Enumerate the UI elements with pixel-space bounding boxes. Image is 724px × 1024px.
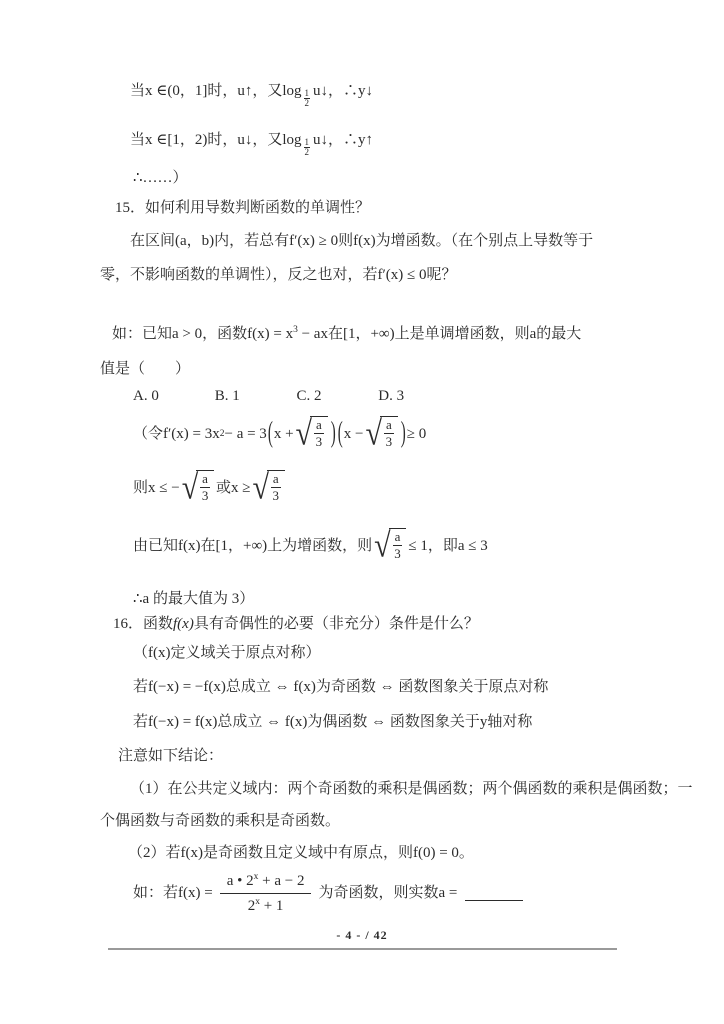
- document-page: 当x ∈(0，1]时，u↑，又log12u↓，∴y↓ 当x ∈[1，2)时，u↓…: [0, 0, 724, 1024]
- radical-icon: √: [374, 529, 390, 564]
- footer-divider: [108, 948, 617, 950]
- q16-conclusion-1a: （1）在公共定义域内：两个奇函数的乘积是偶函数；两个偶函数的乘积是偶函数；一: [130, 780, 693, 799]
- q16-even-function-line: 若f(−x) = f(x)总成立 ⇔ f(x)为偶函数 ⇔ 函数图象关于y轴对称: [133, 713, 532, 732]
- option-c: C. 2: [297, 387, 375, 406]
- fraction: a • 2x + a − 22x + 1: [220, 872, 312, 915]
- log-symbol: log: [282, 83, 301, 99]
- q16-odd-function-line: 若f(−x) = −f(x)总成立 ⇔ f(x)为奇函数 ⇔ 函数图象关于原点对…: [133, 678, 548, 697]
- q15-options-row: A. 0 B. 1 C. 2 D. 3: [133, 387, 456, 406]
- big-paren-right: ): [400, 415, 407, 453]
- q15-paragraph-2: 零，不影响函数的单调性），反之也对，若f′(x) ≤ 0呢？: [100, 266, 457, 285]
- log-base-fraction: 12: [304, 89, 311, 109]
- sqrt-a-over-3: √a3: [296, 416, 328, 452]
- formula-x-range: 则x ≤ −√a3或x ≥√a3: [133, 470, 287, 506]
- formula-a-le-3: 由已知f(x)在[1，+∞)上为增函数，则√a3 ≤ 1，即a ≤ 3: [133, 528, 488, 564]
- text-segment: 当x ∈[1，2)时，u↓，又: [130, 132, 282, 148]
- sqrt-a-over-3: √a3: [374, 528, 406, 564]
- q16-conclusion-2: （2）若f(x)是奇函数且定义域中有原点，则f(0) = 0。: [128, 844, 474, 863]
- option-b: B. 1: [215, 387, 293, 406]
- radical-icon: √: [252, 471, 268, 506]
- function-notation: f(x): [173, 616, 194, 632]
- text-segment: u↓，∴y↑: [313, 132, 373, 148]
- q16-conclusion-1b: 个偶函数与奇函数的乘积是奇函数。: [100, 812, 340, 831]
- sqrt-a-over-3: √a3: [366, 416, 398, 452]
- text-segment: u↓，∴y↓: [313, 83, 373, 99]
- radical-icon: √: [182, 471, 198, 506]
- q15-final-answer: ∴a 的最大值为 3）: [133, 590, 254, 609]
- q15-example-line-1: 如：已知a > 0，函数f(x) = x3 − ax在[1，+∞)上是单调增函数…: [112, 325, 581, 344]
- formula-derivative-factored: （令f′(x) = 3x2 − a = 3(x +√a3)(x −√a3) ≥ …: [133, 416, 426, 452]
- line-log-case-2: 当x ∈[1，2)时，u↓，又log12u↓，∴y↑: [130, 131, 373, 157]
- line-log-case-1: 当x ∈(0，1]时，u↑，又log12u↓，∴y↓: [130, 82, 373, 108]
- sqrt-a-over-3: √a3: [182, 470, 214, 506]
- question-15-title: 15．如何利用导数判断函数的单调性？: [115, 199, 370, 218]
- option-d: D. 3: [378, 387, 456, 406]
- big-paren-right: ): [330, 415, 337, 453]
- q15-example-line-2: 值是（ ）: [100, 360, 190, 379]
- text-segment: 当x ∈(0，1]时，u↑，又: [130, 83, 282, 99]
- option-a: A. 0: [133, 387, 211, 406]
- answer-blank-line: [465, 886, 523, 901]
- radical-icon: √: [366, 417, 382, 452]
- radical-icon: √: [296, 417, 312, 452]
- big-paren-left: (: [337, 415, 344, 453]
- line-conclusion-ellipsis: ∴……）: [133, 169, 188, 188]
- big-paren-left: (: [267, 415, 274, 453]
- log-symbol: log: [282, 132, 301, 148]
- log-base-fraction: 12: [304, 138, 311, 158]
- q16-domain-note: （f(x)定义域关于原点对称）: [133, 644, 321, 663]
- q16-example-formula: 如：若f(x) =a • 2x + a − 22x + 1为奇函数，则实数a =: [133, 872, 523, 915]
- q15-paragraph-1: 在区间(a，b)内，若总有f′(x) ≥ 0则f(x)为增函数。（在个别点上导数…: [130, 232, 593, 251]
- q16-note-heading: 注意如下结论：: [118, 747, 223, 766]
- question-16-title: 16．函数f(x)具有奇偶性的必要（非充分）条件是什么？: [113, 615, 479, 634]
- page-number: - 4 - / 42: [0, 928, 724, 943]
- sqrt-a-over-3: √a3: [252, 470, 284, 506]
